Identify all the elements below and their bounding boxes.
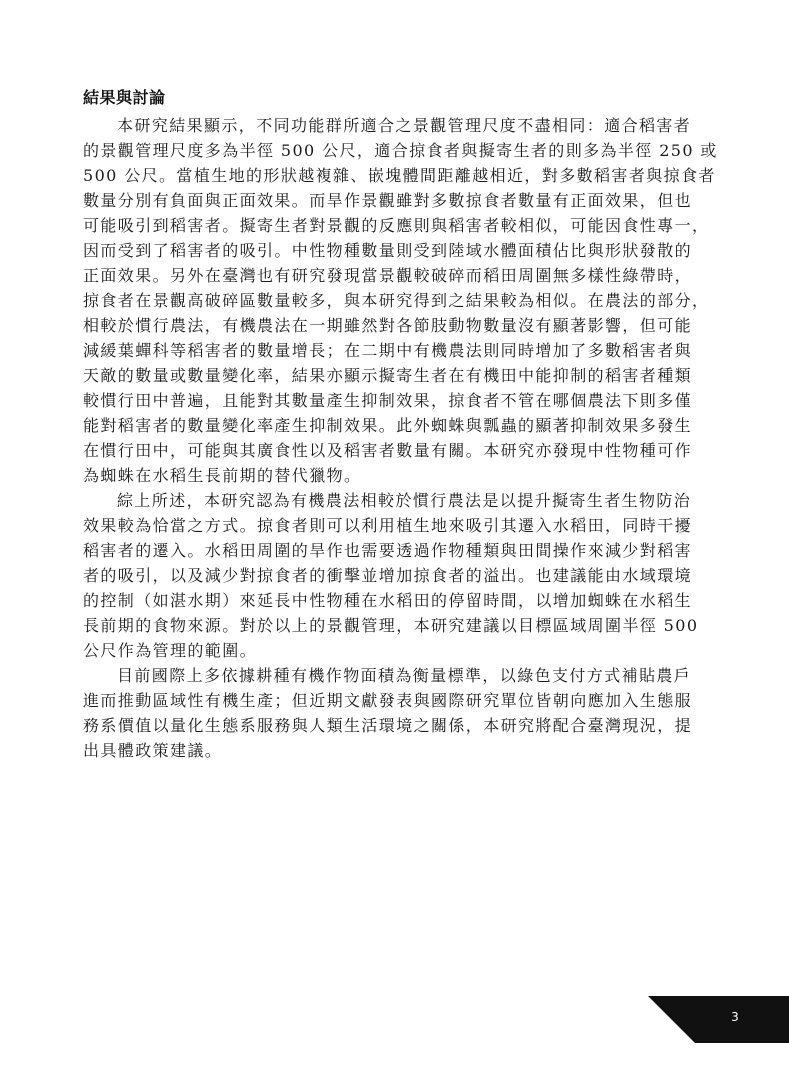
- text-line: 500 公尺。當植生地的形狀越複雜、嵌塊體間距離越相近，對多數稻害者與掠食者: [83, 163, 708, 188]
- text-line: 稻害者的遷入。水稻田周圍的旱作也需要透過作物種類與田間操作來減少對稻害: [83, 538, 708, 563]
- text-line: 長前期的食物來源。對於以上的景觀管理，本研究建議以目標區域周圍半徑 500: [83, 613, 708, 638]
- paragraph-results: 本研究結果顯示，不同功能群所適合之景觀管理尺度不盡相同：適合稻害者 的景觀管理尺…: [83, 113, 708, 488]
- text-line: 出具體政策建議。: [83, 738, 708, 763]
- text-line: 的控制（如湛水期）來延長中性物種在水稻田的停留時間，以增加蜘蛛在水稻生: [83, 588, 708, 613]
- text-line: 掠食者在景觀高破碎區數量較多，與本研究得到之結果較為相似。在農法的部分，: [83, 288, 708, 313]
- paragraph-conclusion: 綜上所述，本研究認為有機農法相較於慣行農法是以提升擬寄生者生物防治 效果較為恰當…: [83, 488, 708, 663]
- text-line: 效果較為恰當之方式。掠食者則可以利用植生地來吸引其遷入水稻田，同時干擾: [83, 513, 708, 538]
- page-number-tab: [648, 996, 789, 1043]
- text-line: 較慣行田中普遍，且能對其數量產生抑制效果，掠食者不管在哪個農法下則多僅: [83, 388, 708, 413]
- text-line: 數量分別有負面與正面效果。而旱作景觀雖對多數掠食者數量有正面效果，但也: [83, 188, 708, 213]
- page-number: 3: [720, 1009, 750, 1025]
- text-line: 務系價值以量化生態系服務與人類生活環境之關係，本研究將配合臺灣現況，提: [83, 713, 708, 738]
- text-line: 公尺作為管理的範圍。: [83, 638, 708, 663]
- text-line: 相較於慣行農法，有機農法在一期雖然對各節肢動物數量沒有顯著影響，但可能: [83, 313, 708, 338]
- body-text: 本研究結果顯示，不同功能群所適合之景觀管理尺度不盡相同：適合稻害者 的景觀管理尺…: [83, 113, 708, 763]
- text-line: 能對稻害者的數量變化率產生抑制效果。此外蜘蛛與瓢蟲的顯著抑制效果多發生: [83, 413, 708, 438]
- text-line: 本研究結果顯示，不同功能群所適合之景觀管理尺度不盡相同：適合稻害者: [83, 113, 708, 138]
- text-line: 可能吸引到稻害者。擬寄生者對景觀的反應則與稻害者較相似，可能因食性專一，: [83, 213, 708, 238]
- paragraph-policy: 目前國際上多依據耕種有機作物面積為衡量標準，以綠色支付方式補貼農戶 進而推動區域…: [83, 663, 708, 763]
- text-line: 正面效果。另外在臺灣也有研究發現當景觀較破碎而稻田周圍無多樣性綠帶時，: [83, 263, 708, 288]
- document-page: 結果與討論 本研究結果顯示，不同功能群所適合之景觀管理尺度不盡相同：適合稻害者 …: [0, 0, 789, 1080]
- text-line: 因而受到了稻害者的吸引。中性物種數量則受到陸域水體面積佔比與形狀發散的: [83, 238, 708, 263]
- text-line: 天敵的數量或數量變化率，結果亦顯示擬寄生者在有機田中能抑制的稻害者種類: [83, 363, 708, 388]
- text-line: 減緩葉蟬科等稻害者的數量增長；在二期中有機農法則同時增加了多數稻害者與: [83, 338, 708, 363]
- text-line: 者的吸引，以及減少對掠食者的衝擊並增加掠食者的溢出。也建議能由水域環境: [83, 563, 708, 588]
- text-line: 在慣行田中，可能與其廣食性以及稻害者數量有關。本研究亦發現中性物種可作: [83, 438, 708, 463]
- text-line: 綜上所述，本研究認為有機農法相較於慣行農法是以提升擬寄生者生物防治: [83, 488, 708, 513]
- text-line: 的景觀管理尺度多為半徑 500 公尺，適合掠食者與擬寄生者的則多為半徑 250 …: [83, 138, 708, 163]
- text-line: 進而推動區域性有機生產；但近期文獻發表與國際研究單位皆朝向應加入生態服: [83, 688, 708, 713]
- text-line: 為蜘蛛在水稻生長前期的替代獵物。: [83, 463, 708, 488]
- section-heading: 結果與討論: [83, 88, 166, 108]
- text-line: 目前國際上多依據耕種有機作物面積為衡量標準，以綠色支付方式補貼農戶: [83, 663, 708, 688]
